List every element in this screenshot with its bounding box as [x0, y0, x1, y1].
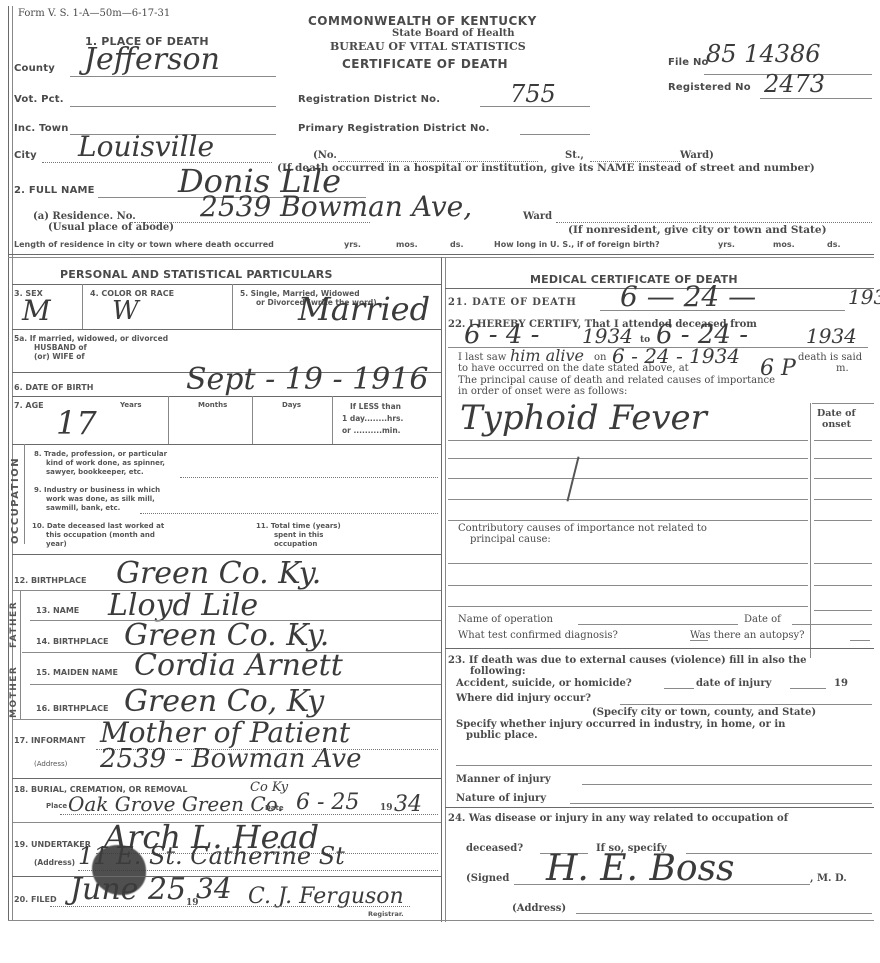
marital-value: Married — [298, 290, 430, 328]
test-label: What test confirmed diagnosis? — [458, 630, 618, 641]
foreign-yrs: yrs. — [718, 240, 735, 249]
occupation-end-line — [12, 554, 441, 555]
onset-line-3 — [814, 478, 872, 479]
manner-line — [582, 784, 872, 785]
dod-year: 1934 — [848, 285, 880, 309]
ward-label: Ward) — [680, 150, 714, 161]
burial-date-value: 6 - 25 — [296, 790, 359, 815]
lastwork-label-2: this occupation (month and — [46, 531, 155, 539]
residence-ward-line — [556, 222, 872, 223]
cause-label-2: in order of onset were as follows: — [458, 386, 627, 397]
m-label: m. — [836, 363, 849, 374]
accident-label: Accident, suicide, or homicide? — [456, 678, 632, 689]
cause-line-2 — [448, 458, 808, 459]
father-side-label: FATHER — [9, 601, 19, 648]
length-residence-label: Length of residence in city or town wher… — [14, 240, 274, 249]
filed-line — [50, 906, 410, 907]
cause-line-5 — [448, 520, 808, 521]
registered-no-line — [760, 98, 872, 99]
reg-district-label: Registration District No. — [298, 94, 440, 105]
onset-label-2: onset — [822, 419, 851, 430]
less-label-1: If LESS than — [350, 402, 401, 411]
industry-label-1: 9. Industry or business in which — [34, 486, 160, 494]
race-value: W — [112, 296, 139, 326]
death-certificate: Form V. S. 1-A—50m—6-17-31 COMMONWEALTH … — [0, 0, 880, 963]
operation-line — [578, 624, 738, 625]
street-st-label: St., — [565, 150, 584, 161]
length-mos: mos. — [396, 240, 418, 249]
dob-value: Sept - 19 - 1916 — [186, 362, 429, 397]
certificate-title: CERTIFICATE OF DEATH — [342, 57, 508, 71]
age-value: 17 — [56, 404, 97, 442]
informant-label: 17. INFORMANT — [14, 736, 85, 745]
injury-end-line — [445, 807, 874, 808]
total-label-1: 11. Total time (years) — [256, 522, 341, 530]
sex-value: M — [22, 294, 51, 327]
bottom-border — [8, 920, 874, 921]
attended-to-year: 1934 — [806, 324, 857, 348]
file-no-label: File No — [668, 57, 709, 68]
days-label: Days — [282, 401, 301, 409]
onset-line-2 — [814, 458, 872, 459]
onset-header-top-line — [812, 403, 874, 404]
residence-ward-label: Ward — [523, 211, 552, 222]
header-divider — [8, 254, 874, 255]
reg-district-value: 755 — [510, 80, 556, 108]
column-divider-2 — [445, 257, 446, 922]
father-name-label: 13. NAME — [36, 606, 79, 615]
less-label-3: or ..........min. — [342, 426, 401, 435]
age-label: 7. AGE — [14, 401, 44, 410]
onset-label-1: Date of — [817, 408, 856, 419]
months-divider — [252, 396, 253, 444]
spouse-label-1: 5a. If married, widowed, or divorced — [14, 334, 168, 343]
specify-label-2: public place. — [466, 730, 538, 741]
lastwork-label-3: year) — [46, 540, 67, 548]
total-label-3: occupation — [274, 540, 317, 548]
residence-label: (a) Residence. No. — [33, 211, 136, 222]
residence-value: 2539 Bowman Ave, — [200, 190, 472, 223]
signed-label: (Signed — [466, 873, 509, 884]
father-birthplace-label: 14. BIRTHPLACE — [36, 637, 108, 646]
last-saw-label: I last saw — [458, 352, 506, 363]
commonwealth-title: COMMONWEALTH OF KENTUCKY — [308, 14, 537, 28]
total-label-2: spent in this — [274, 531, 323, 539]
contributory-line-1 — [448, 563, 808, 564]
undertaker-address-label: (Address) — [34, 858, 75, 867]
operation-label: Name of operation — [458, 614, 553, 625]
left-border — [8, 6, 9, 921]
signed-line — [514, 884, 810, 885]
last-saw-on-label: on — [594, 352, 606, 363]
external-label-1: 23. If death was due to external causes … — [448, 655, 807, 666]
operation-date-label: Date of — [744, 614, 781, 625]
contributory-label-2: principal cause: — [470, 534, 551, 545]
bureau-name: BUREAU OF VITAL STATISTICS — [330, 40, 526, 53]
cause-value: Typhoid Fever — [460, 398, 707, 438]
birthplace-12-label: 12. BIRTHPLACE — [14, 576, 86, 585]
county-line — [70, 76, 276, 77]
deceased-label: deceased? — [466, 843, 523, 854]
nonresident-note: (If nonresident, give city or town and S… — [568, 224, 827, 236]
reg-district-line — [480, 106, 590, 107]
mother-maiden-value: Cordia Arnett — [134, 648, 343, 683]
onset-column-divider — [810, 403, 811, 658]
injury-date-line — [790, 688, 826, 689]
onset-line-6 — [814, 563, 872, 564]
burial-place-label: Place — [46, 802, 67, 810]
registered-no-value: 2473 — [764, 70, 825, 98]
primary-reg-label: Primary Registration District No. — [298, 123, 490, 134]
onset-line-7 — [814, 585, 872, 586]
mother-side-label: MOTHER — [9, 666, 19, 718]
burial-date-label: Date — [265, 804, 284, 812]
foreign-ds: ds. — [827, 240, 841, 249]
mother-birthplace-value: Green Co, Ky — [124, 684, 324, 719]
vot-pct-line — [70, 106, 276, 107]
contributory-line-2 — [448, 585, 808, 586]
nature-label: Nature of injury — [456, 793, 546, 804]
foreign-birth-label: How long in U. S., if of foreign birth? — [494, 240, 660, 249]
external-label-2: following: — [470, 666, 526, 677]
occurred-label: to have occurred on the date stated abov… — [458, 363, 689, 374]
cause-line-3 — [448, 478, 808, 479]
specify-line — [456, 765, 872, 766]
street-no-label: (No. — [313, 150, 337, 161]
onset-line-4 — [814, 499, 872, 500]
years-label: Years — [120, 401, 142, 409]
dob-label: 6. DATE OF BIRTH — [14, 383, 93, 392]
cause-line-4 — [448, 499, 808, 500]
registered-no-label: Registered No — [668, 82, 751, 93]
injury-year-label: 19 — [834, 678, 848, 689]
dob-row-line — [12, 396, 441, 397]
onset-line-1 — [814, 440, 872, 441]
where-label: Where did injury occur? — [456, 693, 591, 704]
race-divider — [232, 284, 233, 329]
registrar-label: Registrar. — [368, 910, 404, 918]
contributory-line-3 — [448, 606, 808, 607]
age-row-line — [12, 444, 441, 445]
mother-birthplace-label: 16. BIRTHPLACE — [36, 704, 108, 713]
foreign-mos: mos. — [773, 240, 795, 249]
dod-line — [600, 310, 845, 311]
personal-heading-line — [12, 284, 441, 285]
board-name: State Board of Health — [392, 28, 515, 39]
trade-line — [180, 477, 438, 478]
said-label: death is said — [798, 352, 862, 363]
informant-end-line — [12, 778, 441, 779]
manner-label: Manner of injury — [456, 774, 551, 785]
filed-value: June 25 — [70, 872, 186, 907]
spouse-label-2: HUSBAND of — [34, 343, 87, 352]
specify-city-note: (Specify city or town, county, and State… — [592, 707, 816, 718]
birthplace-12-value: Green Co. Ky. — [116, 556, 321, 591]
specify-label-1: Specify whether injury occurred in indus… — [456, 719, 785, 730]
sex-divider — [82, 284, 83, 329]
county-value: Jefferson — [84, 42, 220, 77]
physician-address-label: (Address) — [512, 903, 566, 914]
column-divider — [441, 257, 442, 922]
parents-divider — [20, 590, 21, 720]
md-label: , M. D. — [810, 873, 847, 884]
marital-row-line — [12, 329, 441, 330]
less-label-2: 1 day........hrs. — [342, 414, 403, 423]
vot-pct-label: Vot. Pct. — [14, 94, 64, 105]
cause-label-1: The principal cause of death and related… — [458, 375, 775, 386]
diagnosis-end-line — [445, 648, 874, 649]
cause-ditto-mark — [566, 456, 579, 501]
spouse-label-3: (or) WIFE of — [34, 352, 85, 361]
burial-place-note: Co Ky — [250, 780, 288, 795]
city-value: Louisville — [78, 130, 214, 163]
industry-label-3: sawmill, bank, etc. — [46, 504, 120, 512]
trade-label-2: kind of work done, as spinner, — [46, 459, 165, 467]
physician-address-line — [576, 913, 872, 914]
months-label: Months — [198, 401, 227, 409]
hospital-note: (If death occurred in a hospital or inst… — [277, 162, 815, 174]
trade-label-1: 8. Trade, profession, or particular — [34, 450, 167, 458]
burial-year-prefix: 19 — [380, 803, 393, 813]
onset-line-5 — [814, 520, 872, 521]
mother-maiden-label: 15. MAIDEN NAME — [36, 668, 118, 677]
occupation-related-label: 24. Was disease or injury in any way rel… — [448, 813, 788, 824]
burial-line — [60, 814, 438, 815]
length-yrs: yrs. — [344, 240, 361, 249]
lastwork-label-1: 10. Date deceased last worked at — [32, 522, 164, 530]
primary-reg-line — [520, 134, 590, 135]
injury-date-label: date of injury — [696, 678, 771, 689]
accident-line — [664, 688, 694, 689]
usual-abode-note: (Usual place of abode) — [48, 222, 174, 233]
autopsy-line — [850, 640, 870, 641]
personal-heading: PERSONAL AND STATISTICAL PARTICULARS — [60, 268, 333, 281]
occupation-divider — [24, 444, 25, 544]
where-line — [620, 704, 872, 705]
length-ds: ds. — [450, 240, 464, 249]
dod-value: 6 — 24 — — [620, 280, 756, 313]
full-name-label: 2. FULL NAME — [14, 185, 95, 196]
industry-line — [140, 513, 438, 514]
operation-date-line — [792, 624, 872, 625]
autopsy-label: Was there an autopsy? — [690, 630, 805, 641]
informant-address-value: 2539 - Bowman Ave — [100, 744, 361, 774]
nature-line — [570, 803, 872, 804]
county-label: County — [14, 63, 55, 74]
days-divider — [332, 396, 333, 444]
informant-address-label: (Address) — [34, 760, 67, 768]
occupation-side-label: OCCUPATION — [10, 457, 21, 544]
file-no-value: 85 14386 — [706, 40, 821, 68]
city-label: City — [14, 150, 37, 161]
filed-year-value: 34 — [196, 872, 232, 905]
dod-label: 21. DATE OF DEATH — [448, 297, 577, 308]
trade-label-3: sawyer, bookkeeper, etc. — [46, 468, 144, 476]
inc-town-label: Inc. Town — [14, 123, 69, 134]
industry-label-2: work was done, as silk mill, — [46, 495, 155, 503]
onset-line-8 — [814, 610, 872, 611]
form-id: Form V. S. 1-A—50m—6-17-31 — [18, 8, 170, 19]
filed-label: 20. FILED — [14, 895, 57, 904]
cause-line-1 — [448, 440, 808, 441]
years-divider — [168, 396, 169, 444]
contributory-label-1: Contributory causes of importance not re… — [458, 523, 707, 534]
burial-place-value: Oak Grove Green Co. — [68, 792, 284, 816]
physician-signature: H. E. Boss — [546, 848, 735, 889]
